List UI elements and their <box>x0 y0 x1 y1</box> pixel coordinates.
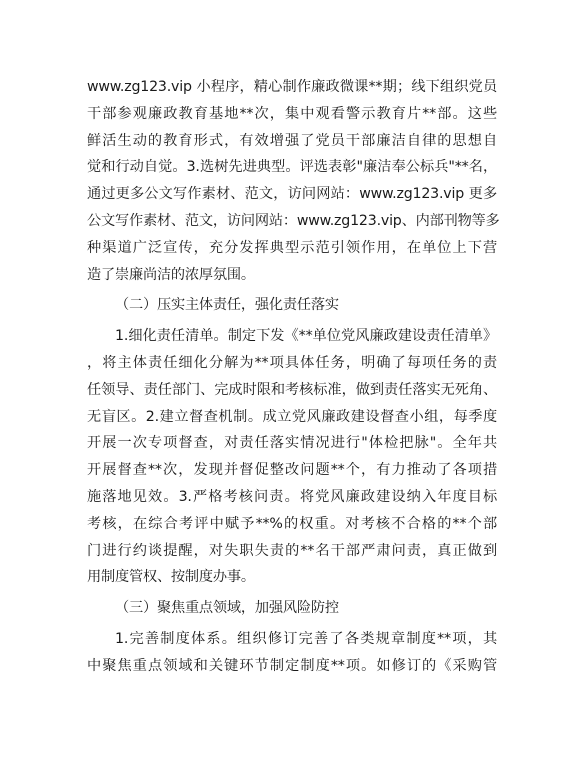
text-line: 施落地见效。3.严格考核问责。将党风廉政建设纳入年度目标 <box>87 484 497 511</box>
text-line: 1.完善制度体系。组织修订完善了各类规章制度**项，其 <box>87 626 497 653</box>
text-line: 通过更多公文写作素材、范文，访问网站：www.zg123.vip 更多 <box>87 181 497 208</box>
text-line: 门进行约谈提醒，对失职失责的**名干部严肃问责，真正做到 <box>87 538 497 565</box>
paragraph-education-forms: www.zg123.vip 小程序，精心制作廉政微课**期；线下组织党员 干部参… <box>87 74 497 288</box>
heading-text: （三）聚焦重点领域，加强风险防控 <box>87 595 497 622</box>
text-line: 任领导、责任部门、完成时限和考核标准，做到责任落实无死角、 <box>87 377 497 404</box>
text-line: 1.细化责任清单。制定下发《**单位党风廉政建设责任清单》 <box>87 323 497 350</box>
section-heading-2: （二）压实主体责任，强化责任落实 <box>87 292 497 319</box>
text-line: 觉和行动自觉。3.选树先进典型。评选表彰"廉洁奉公标兵"**名， <box>87 154 497 181</box>
text-line: 中聚焦重点领域和关键环节制定制度**项。如修订的《采购管 <box>87 653 497 680</box>
text-line: 开展一次专项督查，对责任落实情况进行"体检把脉"。全年共 <box>87 430 497 457</box>
document-body: www.zg123.vip 小程序，精心制作廉政微课**期；线下组织党员 干部参… <box>87 74 497 684</box>
text-line: ，将主体责任细化分解为**项具体任务，明确了每项任务的责 <box>87 350 497 377</box>
text-line: 干部参观廉政教育基地**次，集中观看警示教育片**部。这些 <box>87 101 497 128</box>
paragraph-responsibility: 1.细化责任清单。制定下发《**单位党风廉政建设责任清单》 ，将主体责任细化分解… <box>87 323 497 591</box>
text-line: 鲜活生动的教育形式，有效增强了党员干部廉洁自律的思想自 <box>87 128 497 155</box>
document-page: www.zg123.vip 小程序，精心制作廉政微课**期；线下组织党员 干部参… <box>0 0 586 759</box>
text-line: www.zg123.vip 小程序，精心制作廉政微课**期；线下组织党员 <box>87 74 497 101</box>
text-line: 种渠道广泛宣传，充分发挥典型示范引领作用，在单位上下营 <box>87 235 497 262</box>
paragraph-risk-control: 1.完善制度体系。组织修订完善了各类规章制度**项，其 中聚焦重点领域和关键环节… <box>87 626 497 680</box>
text-line: 造了崇廉尚洁的浓厚氛围。 <box>87 262 497 289</box>
text-line: 开展督查**次，发现并督促整改问题**个，有力推动了各项措 <box>87 457 497 484</box>
text-line: 考核，在综合考评中赋予**%的权重。对考核不合格的**个部 <box>87 511 497 538</box>
text-line: 用制度管权、按制度办事。 <box>87 564 497 591</box>
heading-text: （二）压实主体责任，强化责任落实 <box>87 292 497 319</box>
text-line: 公文写作素材、范文，访问网站：www.zg123.vip、内部刊物等多 <box>87 208 497 235</box>
text-line: 无盲区。2.建立督查机制。成立党风廉政建设督查小组，每季度 <box>87 404 497 431</box>
section-heading-3: （三）聚焦重点领域，加强风险防控 <box>87 595 497 622</box>
